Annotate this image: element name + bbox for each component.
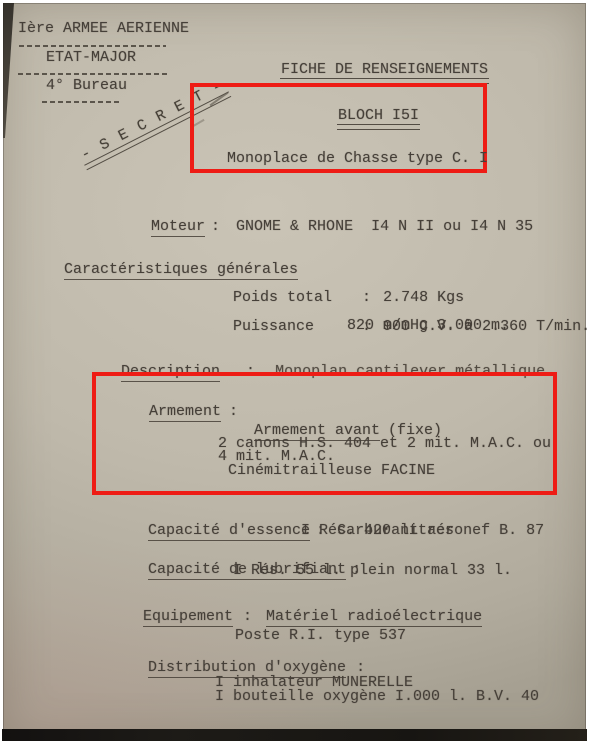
letterhead-divider-3	[42, 101, 120, 103]
poids-label: Poids total	[233, 289, 332, 306]
letterhead-bureau: 4° Bureau	[46, 79, 127, 93]
letterhead-staff: ETAT-MAJOR	[46, 51, 136, 65]
equipement-value-2: Poste R.I. type 537	[235, 629, 406, 643]
puissance-value-2: 820 m/mHg 3.000 m.	[347, 319, 509, 333]
essence-label: Capacité d'essence	[148, 522, 310, 541]
letterhead-unit: Ière ARMEE AERIENNE	[18, 22, 189, 36]
aircraft-name: BLOCH I5I	[338, 107, 419, 124]
colon: :	[211, 218, 220, 235]
photo-edge-shadow-bottom	[2, 729, 587, 741]
document-photo: Ière ARMEE AERIENNE ETAT-MAJOR 4° Bureau…	[0, 0, 589, 745]
aircraft-name-row: BLOCH I5I	[302, 95, 419, 137]
colon: :	[362, 289, 371, 306]
armement-label: Armement	[149, 403, 221, 422]
letterhead-divider-1	[19, 45, 166, 47]
page-title: FICHE DE RENSEIGNEMENTS	[281, 61, 488, 78]
letterhead-divider-2	[18, 73, 168, 75]
aircraft-type: Monoplace de Chasse type C. I	[227, 152, 488, 166]
equipement-value-1: Matériel radioélectrique	[266, 608, 482, 627]
puissance-label: Puissance	[233, 318, 314, 335]
oxygene-value-2: I bouteille oxygène I.000 l. B.V. 40	[215, 690, 539, 704]
moteur-value: GNOME & RHONE I4 N II ou I4 N 35	[236, 218, 533, 235]
moteur-label: Moteur	[151, 218, 205, 237]
moteur-row: Moteur:GNOME & RHONE I4 N II ou I4 N 35	[115, 206, 533, 248]
essence-value-2: I Rés. 420 litres	[301, 524, 454, 538]
poids-value: 2.748 Kgs	[383, 289, 464, 306]
armement-line-3: Cinémitrailleuse FACINE	[228, 464, 435, 478]
colon: :	[243, 608, 252, 625]
lubrifiant-value: I Rés. 55 l. plein normal 33 l.	[233, 564, 512, 578]
equipement-label: Equipement	[143, 608, 233, 627]
